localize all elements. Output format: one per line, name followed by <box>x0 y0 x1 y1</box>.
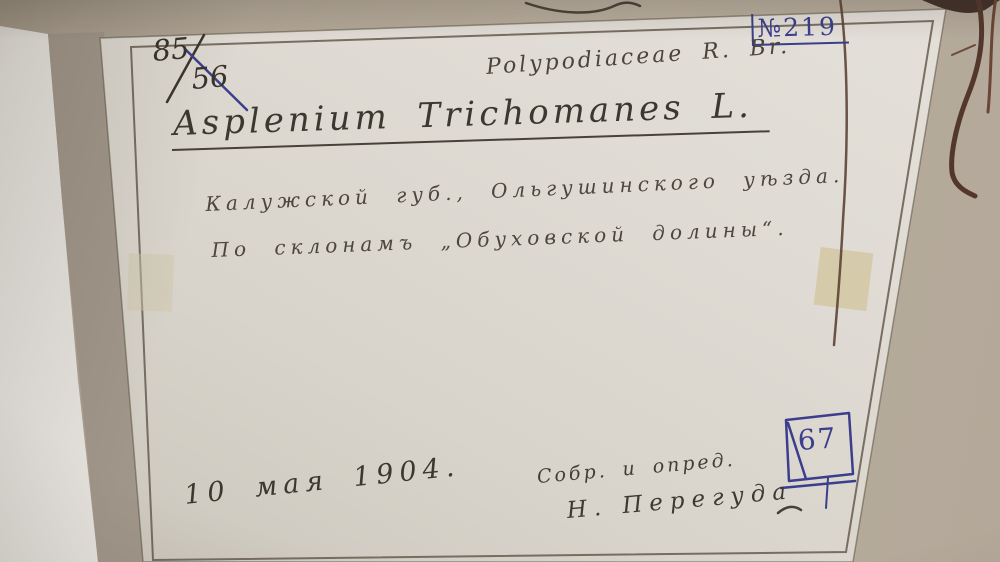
species-name: Asplenium Trichomanes L. <box>171 85 770 151</box>
herbarium-photo: 85 56 №219 Polypodiaceae R. Br. Aspleniu… <box>0 0 1000 562</box>
locality-line-2: По склонамъ „Обуховской долины“. <box>211 216 789 262</box>
collector-caption: Собр. и опред. <box>536 449 736 488</box>
inventory-number-denominator: 56 <box>190 59 230 96</box>
inventory-number-numerator: 85 <box>151 31 191 68</box>
collection-date: 10 мая 1904. <box>183 451 462 511</box>
family-name: Polypodiaceae R. Br. <box>485 34 790 80</box>
collector-name: Н. Перегуда <box>566 478 794 524</box>
locality-line-1: Калужской губ., Ольгушинского уѣзда. <box>205 163 845 216</box>
label-text-layer: 85 56 №219 Polypodiaceae R. Br. Aspleniu… <box>0 0 1000 562</box>
catalog-number: 67 <box>797 421 839 457</box>
